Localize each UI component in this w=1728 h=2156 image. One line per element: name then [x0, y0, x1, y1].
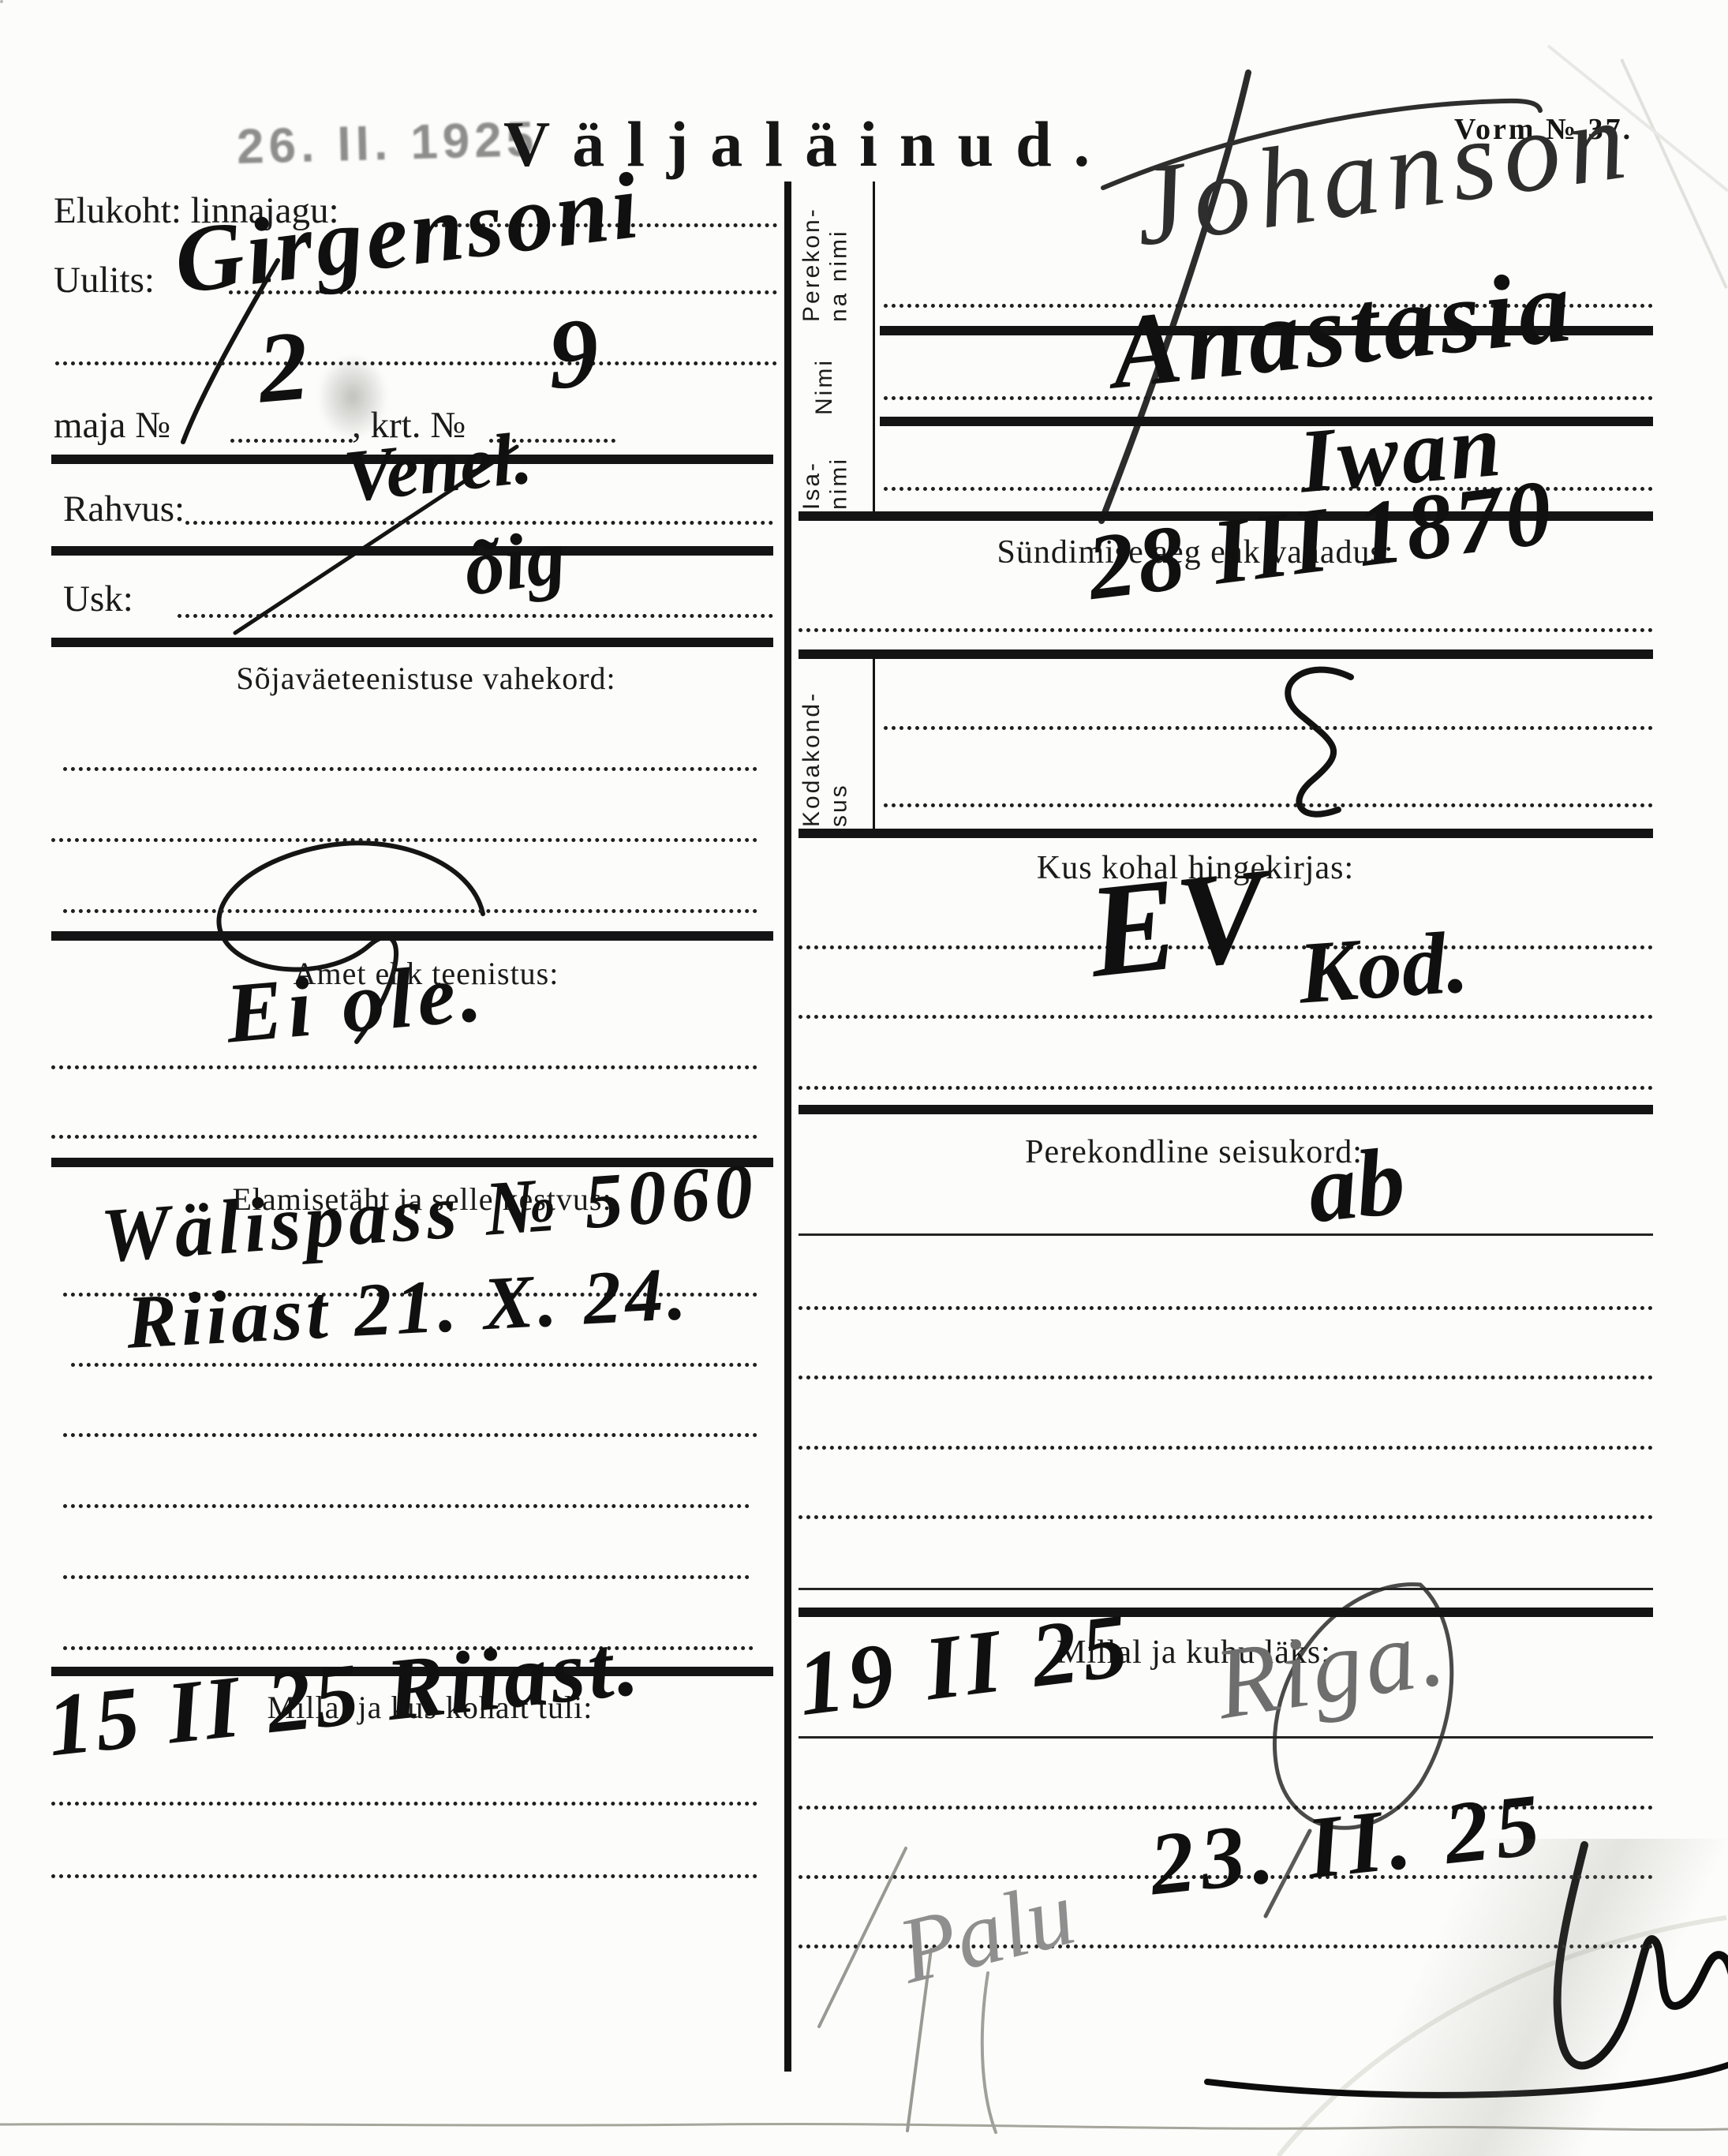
laks-place-handwriting: Riga. [1209, 1599, 1453, 1735]
perekonnanimi-label-line1: Perekon- [799, 183, 826, 322]
ruled-line [51, 1802, 757, 1806]
perekonnanimi-label: Perekon- na nimi [799, 183, 853, 322]
tuli-handwriting: 15 II 25 Riiast. [43, 1620, 645, 1770]
isanimi-label: Isa- nimi [799, 421, 853, 510]
ruled-line [799, 1376, 1653, 1379]
amet-handwriting: Ei ole. [223, 949, 489, 1057]
ruled-line [51, 546, 773, 556]
ruled-line [63, 767, 757, 771]
ruled-line [63, 1504, 750, 1508]
scanned-form-page: 26. II. 1925 Väljaläinud. Vorm № 37. Elu… [0, 0, 1728, 2156]
gutter-divider-line [873, 182, 875, 511]
ink-smudge [317, 354, 388, 440]
ruled-line [884, 726, 1653, 730]
gutter-divider-line [873, 652, 875, 829]
ruled-line [63, 1433, 757, 1437]
kodakondsus-entry-flourish [1288, 670, 1351, 814]
ruled-line [799, 1588, 1653, 1590]
ruled-line [799, 1515, 1653, 1519]
ruled-line [880, 417, 1653, 426]
kodakondsus-label: Kodakond- sus [799, 653, 853, 827]
sojavaeteenistus-label: Sõjaväeteenistuse vahekord: [236, 660, 615, 697]
ruled-line [799, 1233, 1653, 1236]
column-divider-line [784, 182, 791, 2072]
ruled-line [799, 649, 1653, 659]
kodakondsus-label-line2: sus [826, 653, 854, 827]
ruled-line [63, 909, 757, 913]
ruled-line [51, 1065, 757, 1069]
nimi-label: Nimi [811, 330, 839, 415]
isanimi-label-line1: Isa- [799, 421, 826, 510]
pencil-note-handwriting: Palu [890, 1866, 1083, 1998]
maja-nr-label: maja № [54, 404, 170, 447]
ruled-line [799, 1015, 1653, 1019]
date-stamp: 26. II. 1925 [236, 111, 539, 175]
ruled-line [799, 1306, 1653, 1310]
ruled-line [55, 361, 777, 365]
ruled-line [178, 614, 773, 618]
ruled-line [799, 829, 1653, 838]
ruled-line [51, 838, 757, 842]
hingekirjas-handwriting-1: EV [1083, 848, 1272, 999]
hingekirjas-handwriting-2: Kod. [1296, 918, 1471, 1018]
ruled-line [884, 803, 1653, 807]
ruled-line [51, 931, 773, 941]
ruled-line [884, 396, 1653, 400]
krt-nr-handwriting: 9 [546, 304, 601, 406]
uulits-label: Uulits: [54, 259, 155, 301]
paper-crease-shading [1215, 1839, 1728, 2156]
laks-date-handwriting: 19 II 25 [793, 1599, 1137, 1730]
usk-label: Usk: [63, 578, 133, 620]
paper-specks [0, 0, 3, 3]
surname-handwriting: Johanson [1127, 82, 1640, 265]
ruled-line [51, 638, 773, 647]
ruled-line [63, 1575, 750, 1579]
kodakondsus-label-line1: Kodakond- [799, 653, 826, 827]
perekonnanimi-label-line2: na nimi [826, 183, 854, 322]
maja-nr-handwriting: 2 [254, 316, 312, 420]
seisukord-handwriting: ab [1303, 1132, 1409, 1238]
ruled-line [799, 1086, 1653, 1090]
rahvus-label: Rahvus: [63, 488, 185, 530]
ruled-line [71, 1363, 757, 1367]
isanimi-label-line2: nimi [826, 421, 854, 510]
nimi-label-line1: Nimi [811, 330, 839, 415]
ruled-line [51, 1874, 757, 1878]
paper-crease-line [1621, 59, 1726, 288]
pencil-stroke [982, 1973, 996, 2132]
ruled-line [799, 1105, 1653, 1114]
ruled-line [799, 1608, 1653, 1617]
usk-handwriting: õig [459, 516, 570, 608]
ruled-line [799, 628, 1653, 632]
street-handwriting: Girgensoni [170, 158, 646, 309]
ruled-line [799, 1446, 1653, 1450]
firstname-handwriting: Anastasia [1106, 253, 1580, 405]
ruled-line [51, 1135, 757, 1139]
ruled-line [230, 439, 353, 443]
